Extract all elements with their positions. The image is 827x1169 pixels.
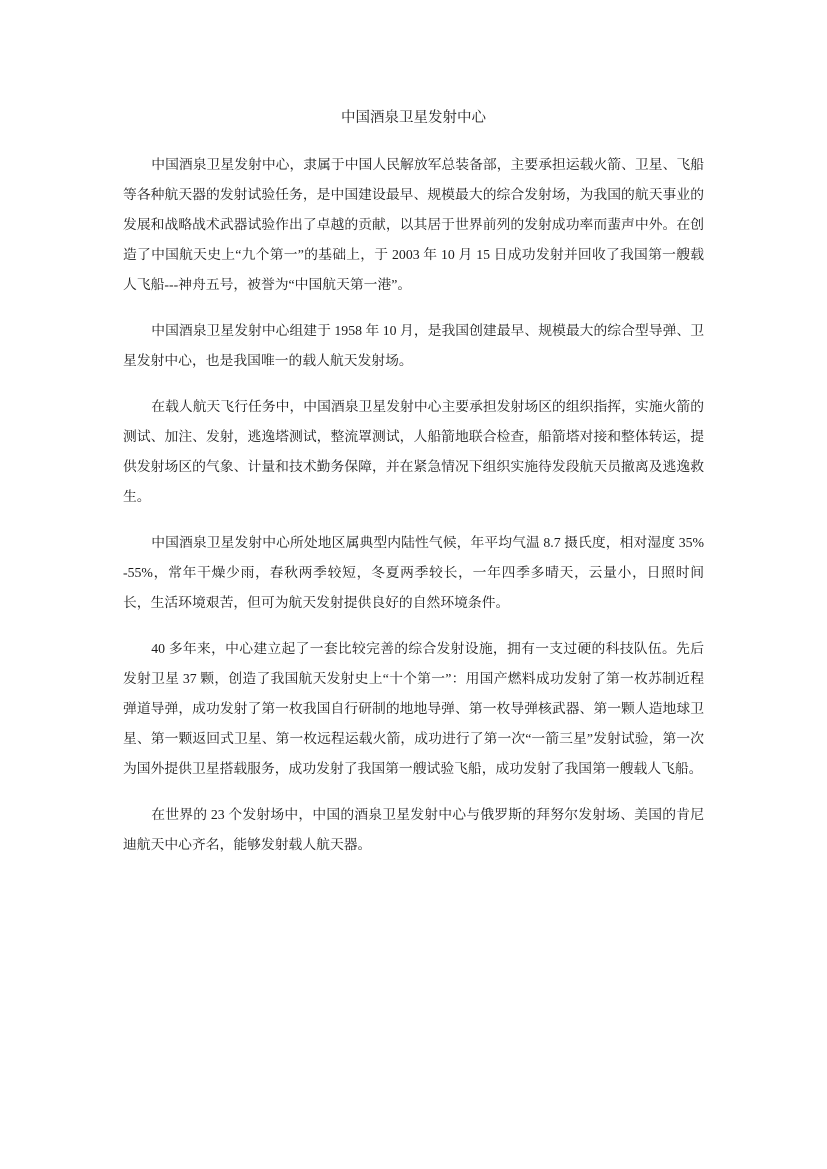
paragraph-2: 中国酒泉卫星发射中心组建于 1958 年 10 月，是我国创建最早、规模最大的综…: [123, 316, 704, 376]
paragraph-4: 中国酒泉卫星发射中心所处地区属典型内陆性气候，年平均气温 8.7 摄氏度，相对湿…: [123, 528, 704, 618]
paragraph-3: 在载人航天飞行任务中，中国酒泉卫星发射中心主要承担发射场区的组织指挥，实施火箭的…: [123, 392, 704, 512]
paragraph-6: 在世界的 23 个发射场中，中国的酒泉卫星发射中心与俄罗斯的拜努尔发射场、美国的…: [123, 800, 704, 860]
document-page: 中国酒泉卫星发射中心 中国酒泉卫星发射中心，隶属于中国人民解放军总装备部，主要承…: [0, 0, 827, 1169]
paragraph-1: 中国酒泉卫星发射中心，隶属于中国人民解放军总装备部，主要承担运载火箭、卫星、飞船…: [123, 150, 704, 300]
document-title: 中国酒泉卫星发射中心: [123, 103, 704, 133]
paragraph-5: 40 多年来，中心建立起了一套比较完善的综合发射设施，拥有一支过硬的科技队伍。先…: [123, 634, 704, 784]
